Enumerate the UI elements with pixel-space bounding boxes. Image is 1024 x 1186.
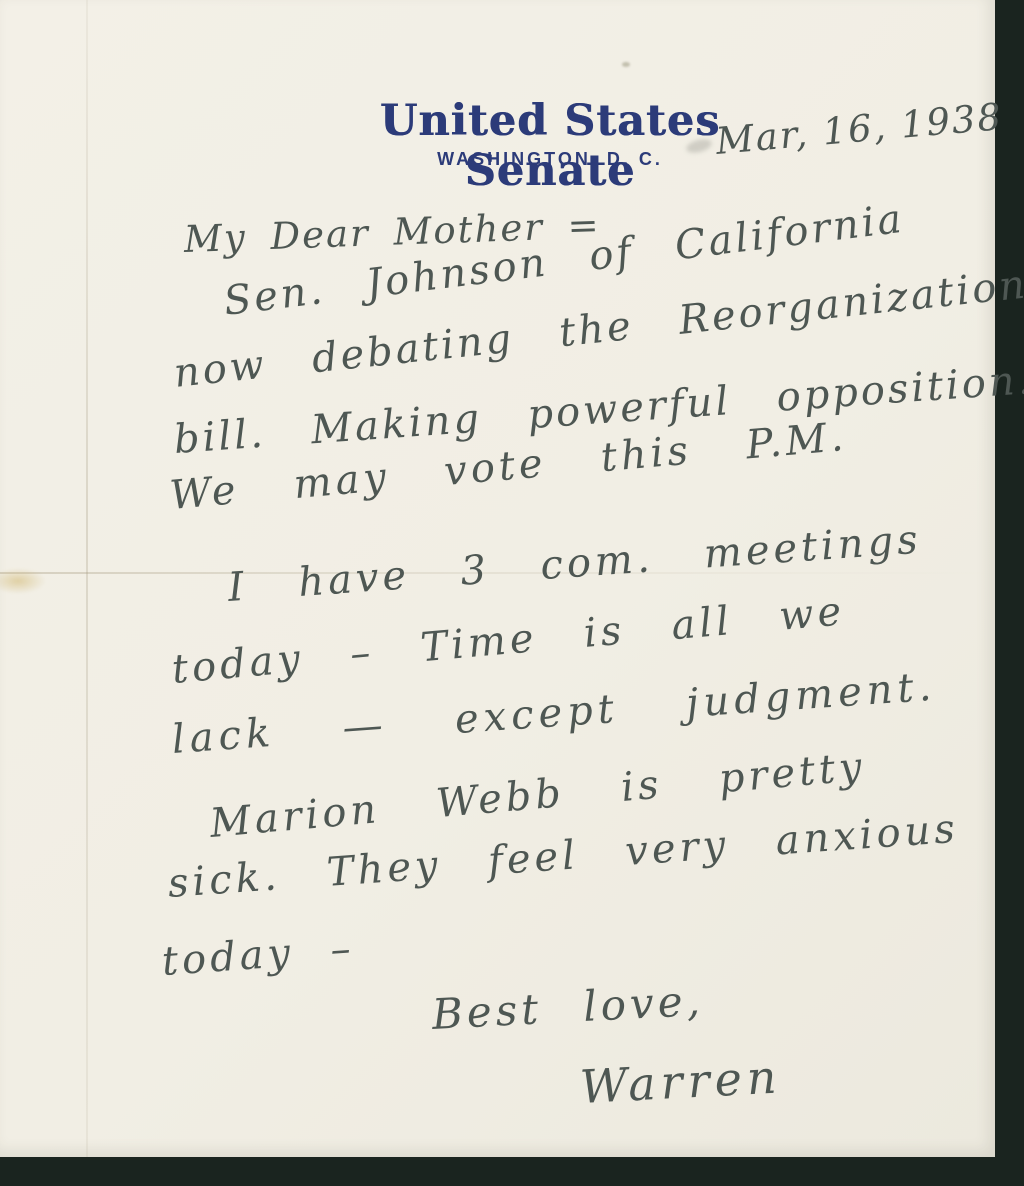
letter-page: United States Senate WASHINGTON, D. C. M… xyxy=(0,0,995,1157)
body-line: today – xyxy=(160,927,356,984)
scan-background: United States Senate WASHINGTON, D. C. M… xyxy=(0,0,1024,1186)
vertical-fold-crease xyxy=(86,0,88,1157)
signature: Warren xyxy=(579,1051,783,1112)
paper-stain xyxy=(0,568,46,594)
closing: Best love, xyxy=(431,978,705,1038)
letterhead-subtitle: WASHINGTON, D. C. xyxy=(430,149,670,170)
paper-speck xyxy=(622,62,630,67)
